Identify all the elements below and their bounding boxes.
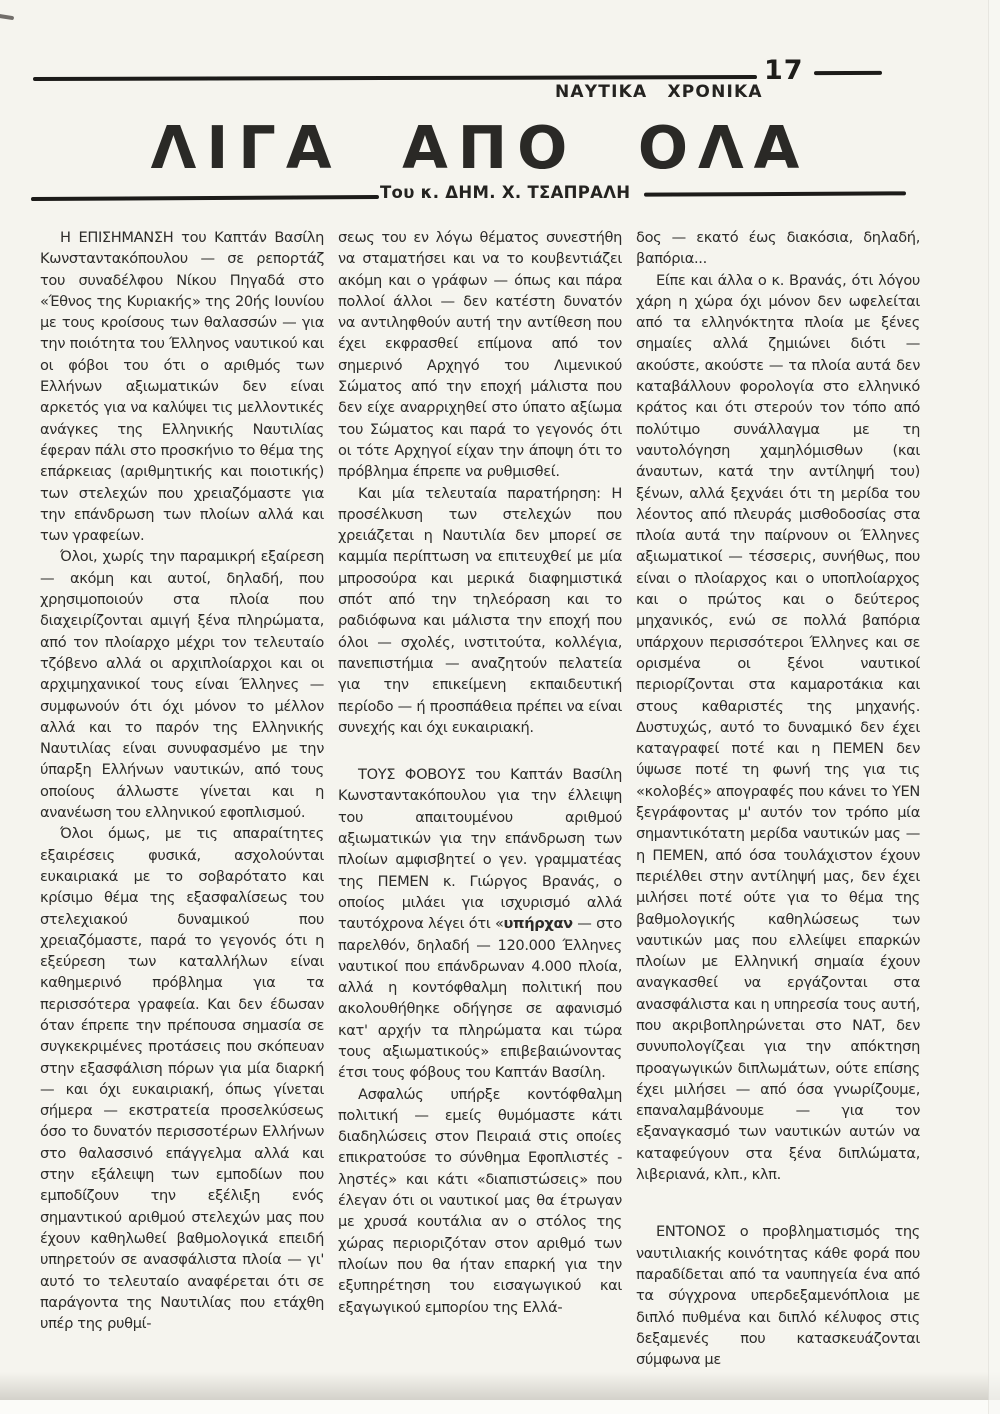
page-number: 17 — [764, 55, 804, 86]
byline-rule-left — [31, 195, 379, 201]
scan-corner-artifact — [0, 14, 14, 20]
article-column-3: δος — εκατό έως διακόσια, δηλαδή, βαπόρι… — [636, 227, 920, 1385]
scan-bottom-shadow — [0, 1372, 1000, 1400]
article-paragraph: σεως του εν λόγω θέματος συνεστήθη να στ… — [338, 227, 622, 483]
article-paragraph: ΤΟΥΣ ΦΟΒΟΥΣ του Καπτάν Βασίλη Κωνσταντακ… — [338, 764, 622, 1083]
byline-rule-right — [644, 191, 906, 196]
header-rule-right — [814, 71, 882, 75]
scan-right-edge — [988, 0, 1000, 1414]
article-paragraph: δος — εκατό έως διακόσια, δηλαδή, βαπόρι… — [636, 227, 920, 270]
header-rule-main — [33, 75, 757, 81]
paragraph-text: Ασφαλώς υπήρξε κοντόφθαλμη πολιτική — εμ… — [338, 1086, 622, 1316]
scan-bottom-edge — [0, 1400, 1000, 1414]
article-paragraph: Όλοι, χωρίς την παραμικρή εξαίρεση — ακό… — [40, 546, 324, 823]
byline: Του κ. ΔΗΜ. Χ. ΤΣΑΠΡΑΛΗ — [380, 183, 625, 202]
article-column-1: Η ΕΠΙΣΗΜΑΝΣΗ του Καπτάν Βασίλη Κωνσταντα… — [40, 227, 324, 1385]
article-column-2: σεως του εν λόγω θέματος συνεστήθη να στ… — [338, 227, 622, 1385]
paragraph-text: Και μία τελευταία παρατήρηση: Η προσέλκυ… — [338, 485, 622, 736]
article-paragraph: Η ΕΠΙΣΗΜΑΝΣΗ του Καπτάν Βασίλη Κωνσταντα… — [40, 227, 324, 546]
article-paragraph: Και μία τελευταία παρατήρηση: Η προσέλκυ… — [338, 483, 622, 739]
paragraph-text: Η ΕΠΙΣΗΜΑΝΣΗ του Καπτάν Βασίλη Κωνσταντα… — [40, 229, 324, 544]
paragraph-text: Όλοι, χωρίς την παραμικρή εξαίρεση — ακό… — [40, 548, 324, 821]
article-paragraph: Είπε και άλλα ο κ. Βρανάς, ότι λόγου χάρ… — [636, 270, 920, 1186]
paragraph-text: Όλοι όμως, με τις απαραίτητες εξαιρέσεις… — [40, 825, 324, 1332]
magazine-page-scan: ΝΑΥΤΙΚΑ ΧΡΟΝΙΚΑ 17 ΛΙΓΑ ΑΠΟ ΟΛΑ Του κ. Δ… — [0, 0, 1000, 1414]
article-body: Η ΕΠΙΣΗΜΑΝΣΗ του Καπτάν Βασίλη Κωνσταντα… — [40, 227, 920, 1385]
masthead: ΝΑΥΤΙΚΑ ΧΡΟΝΙΚΑ — [555, 82, 747, 102]
paragraph-text: Είπε και άλλα ο κ. Βρανάς, ότι λόγου χάρ… — [636, 272, 920, 1183]
article-paragraph: Ασφαλώς υπήρξε κοντόφθαλμη πολιτική — εμ… — [338, 1084, 622, 1318]
paragraph-text: ΕΝΤΟΝΟΣ ο προβληματισμός της ναυτιλιακής… — [636, 1223, 920, 1368]
article-paragraph: ΕΝΤΟΝΟΣ ο προβληματισμός της ναυτιλιακής… — [636, 1221, 920, 1370]
paragraph-text: ΤΟΥΣ ΦΟΒΟΥΣ του Καπτάν Βασίλη Κωνσταντακ… — [338, 766, 622, 932]
paragraph-text: σεως του εν λόγω θέματος συνεστήθη να στ… — [338, 229, 622, 480]
paragraph-text: δος — εκατό έως διακόσια, δηλαδή, βαπόρι… — [636, 229, 920, 267]
article-paragraph: Όλοι όμως, με τις απαραίτητες εξαιρέσεις… — [40, 823, 324, 1334]
article-title: ΛΙΓΑ ΑΠΟ ΟΛΑ — [40, 116, 920, 180]
emphasized-text: υπήρχαν — [504, 915, 573, 932]
paragraph-text: — στο παρελθόν, δηλαδή — 120.000 Έλληνες… — [338, 915, 622, 1081]
